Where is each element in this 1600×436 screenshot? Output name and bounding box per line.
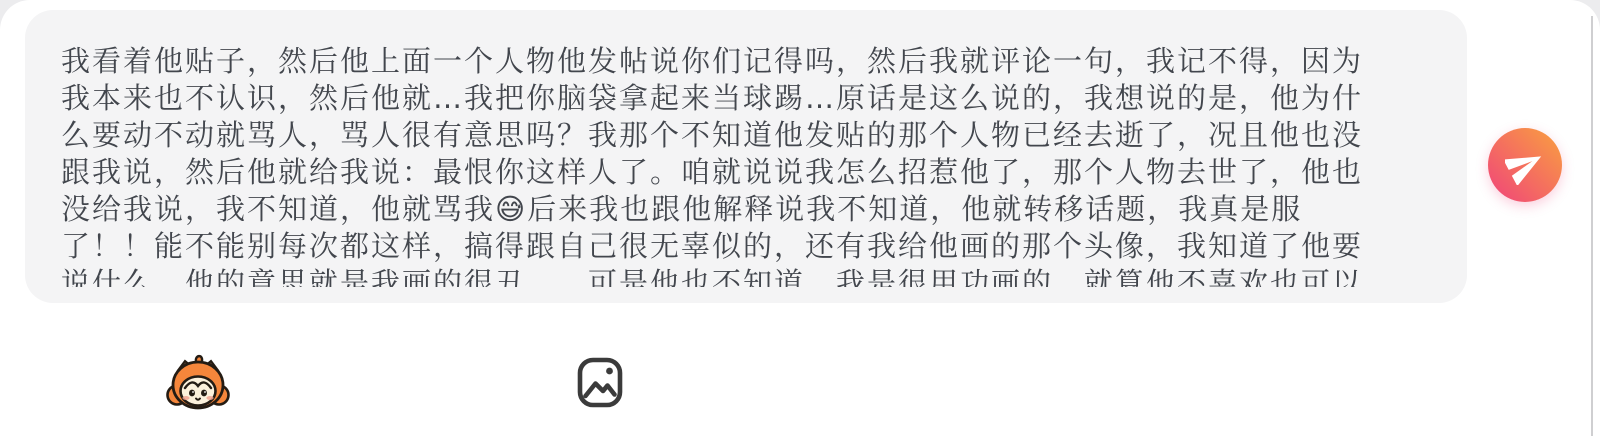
chibi-face-emoji-icon [166, 353, 230, 413]
message-text: 我看着他贴子，然后他上面一个人物他发帖说你们记得吗，然后我就评论一句，我记不得，… [25, 10, 1467, 287]
message-text-line: 没给我说，我不知道，他就骂我😅后来我也跟他解释说我不知道，他就转移话题，我真是服 [61, 191, 1431, 228]
send-button[interactable] [1488, 128, 1562, 202]
composer-panel: 我看着他贴子，然后他上面一个人物他发帖说你们记得吗，然后我就评论一句，我记不得，… [0, 0, 1600, 436]
emoji-sticker-button[interactable] [166, 353, 230, 413]
message-text-line: 了！！能不能别每次都这样，搞得跟自己很无辜似的，还有我给他画的那个头像，我知道了… [61, 228, 1431, 265]
image-picker-icon [576, 356, 624, 409]
message-text-line: 我本来也不认识，然后他就…我把你脑袋拿起来当球踢…原话是这么说的，我想说的是，他… [61, 80, 1431, 117]
message-text-line: 跟我说，然后他就给我说：最恨你这样人了。咱就说说我怎么招惹他了，那个人物去世了，… [61, 154, 1431, 191]
message-input[interactable]: 我看着他贴子，然后他上面一个人物他发帖说你们记得吗，然后我就评论一句，我记不得，… [25, 10, 1467, 303]
message-text-line: 说什么，他的意思就是我画的很丑……可是他也不知道，我是很用功画的，就算他不喜欢也… [61, 265, 1431, 287]
message-text-line: 么要动不动就骂人，骂人很有意思吗？我那个不知道他发贴的那个人物已经去逝了，况且他… [61, 117, 1431, 154]
message-text-line: 我看着他贴子，然后他上面一个人物他发帖说你们记得吗，然后我就评论一句，我记不得，… [61, 43, 1431, 80]
panel-edge-divider [1591, 16, 1593, 436]
paper-plane-icon [1505, 145, 1545, 185]
image-upload-button[interactable] [576, 356, 624, 409]
